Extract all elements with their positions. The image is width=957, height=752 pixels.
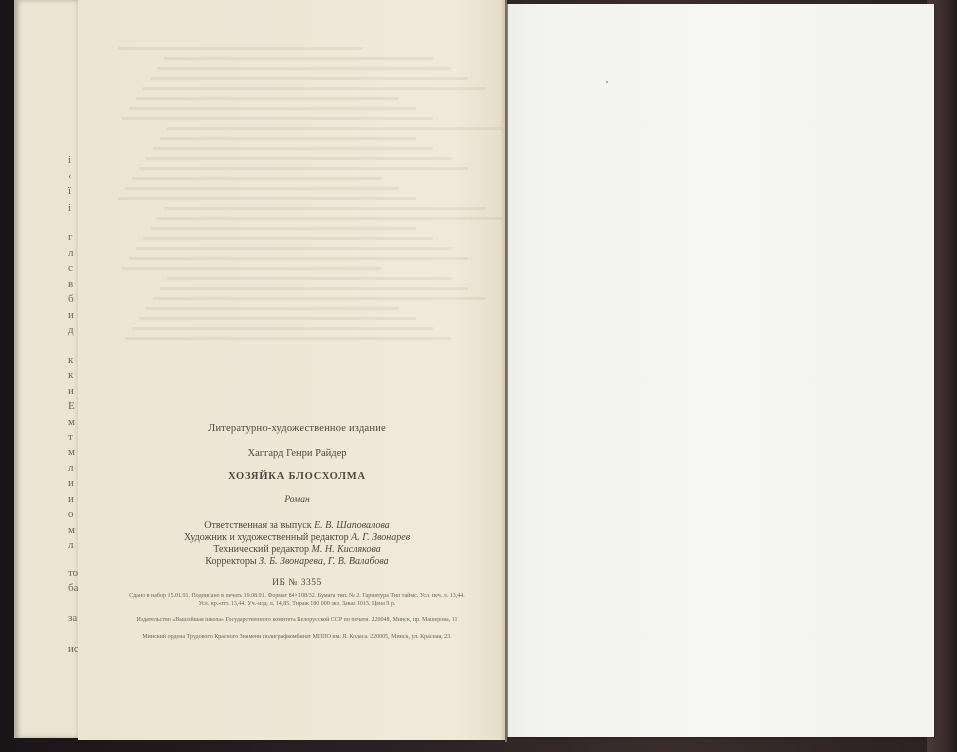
edge-fragment: и	[68, 384, 74, 398]
credit-name: З. Б. Звонарева, Г. В. Валабова	[259, 556, 389, 567]
flyleaf-stub: і‹їіглсвбидккиЕмтмлииомлтобазаис	[14, 0, 85, 738]
edge-fragment: и	[68, 492, 74, 506]
credit-name: М. Н. Кислякова	[312, 544, 381, 555]
edge-fragment: б	[68, 292, 74, 306]
book-title: ХОЗЯЙКА БЛОСХОЛМА	[122, 471, 472, 482]
credit-line: Художник и художественный редактор А. Г.…	[122, 532, 472, 544]
edge-fragment: д	[68, 323, 74, 337]
edge-fragment: л	[68, 246, 74, 260]
edge-fragment: т	[68, 430, 73, 444]
credit-role: Корректоры	[205, 556, 259, 567]
left-page: Литературно-художественное издание Хагга…	[78, 0, 506, 740]
credit-line: Корректоры З. Б. Звонарева, Г. В. Валабо…	[122, 556, 472, 568]
right-page-blank	[507, 4, 934, 737]
edge-fragment: и	[68, 476, 74, 490]
bleed-through-text	[118, 40, 468, 370]
credit-line: Технический редактор М. Н. Кислякова	[122, 544, 472, 556]
ib-number: ИБ № 3355	[122, 578, 472, 588]
genre: Роман	[122, 495, 472, 505]
edge-fragment: к	[68, 368, 73, 382]
edition-type: Литературно-художественное издание	[122, 423, 472, 434]
credit-name: А. Г. Звонарев	[351, 532, 410, 543]
printer-info: Минский ордена Трудового Красного Знамен…	[122, 634, 472, 642]
imprint-block: Литературно-художественное издание Хагга…	[122, 420, 472, 641]
edge-fragment: м	[68, 445, 75, 459]
publisher-info: Издательство «Вышэйшая школа» Государств…	[122, 617, 472, 625]
edge-fragment: ї	[68, 184, 71, 198]
edge-fragment: то	[68, 566, 78, 580]
author: Хаггард Генри Райдер	[122, 448, 472, 459]
print-details: Сдано в набор 15.01.91. Подписано в печа…	[122, 593, 472, 608]
edge-fragment: і	[68, 153, 71, 167]
edge-fragment: м	[68, 415, 75, 429]
edge-fragment: к	[68, 353, 73, 367]
edge-fragment: в	[68, 277, 73, 291]
edge-fragment: ба	[68, 581, 78, 595]
edge-fragment: і	[68, 201, 71, 215]
credit-role: Ответственная за выпуск	[204, 520, 314, 531]
credit-name: Е. В. Шаповалова	[314, 520, 390, 531]
edge-fragment: ‹	[68, 169, 72, 183]
credit-role: Художник и художественный редактор	[184, 532, 351, 543]
edge-fragment: Е	[68, 399, 75, 413]
edge-fragment: о	[68, 507, 74, 521]
edge-fragment: г	[68, 230, 73, 244]
credit-role: Технический редактор	[213, 544, 311, 555]
edge-fragment: л	[68, 461, 74, 475]
credit-line: Ответственная за выпуск Е. В. Шаповалова	[122, 520, 472, 532]
edge-fragment: м	[68, 523, 75, 537]
edge-fragment: и	[68, 308, 74, 322]
paper-speck	[606, 81, 608, 83]
credits-list: Ответственная за выпуск Е. В. Шаповалова…	[122, 520, 472, 568]
edge-fragment: за	[68, 611, 77, 625]
edge-fragment: с	[68, 261, 73, 275]
edge-fragment: л	[68, 538, 74, 552]
